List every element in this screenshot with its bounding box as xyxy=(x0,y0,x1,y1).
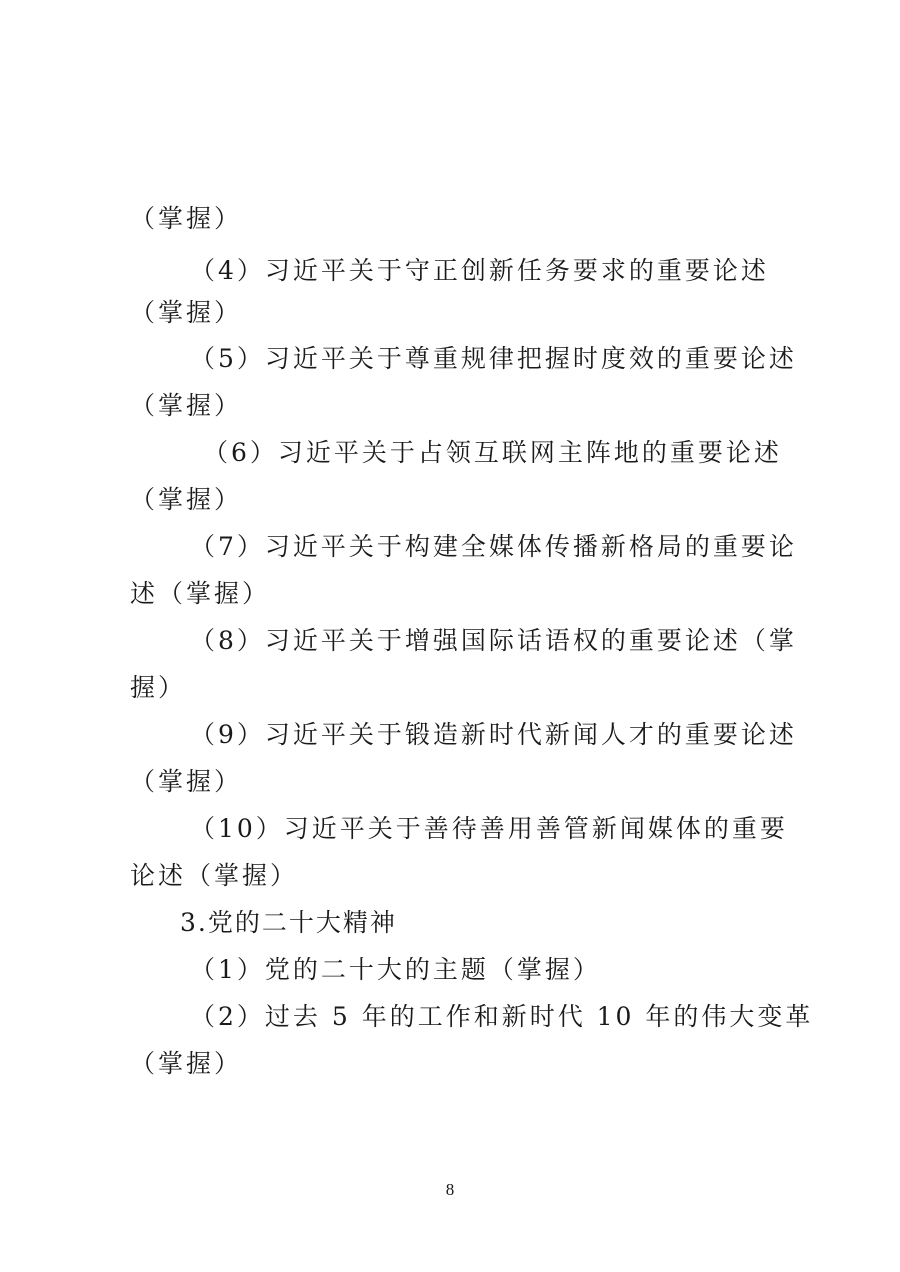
list-item-4: （4）习近平关于守正创新任务要求的重要论述 xyxy=(190,254,769,288)
text-line: （掌握） xyxy=(130,202,242,236)
list-item-6: （6）习近平关于占领互联网主阵地的重要论述 xyxy=(203,436,782,470)
list-item-8: （8）习近平关于增强国际话语权的重要论述（掌 xyxy=(190,624,797,658)
text-line: （掌握） xyxy=(130,1047,242,1081)
text-line: 握） xyxy=(130,671,186,705)
text-line: 述（掌握） xyxy=(130,577,270,611)
list-item-5: （5）习近平关于尊重规律把握时度效的重要论述 xyxy=(190,342,797,376)
text-line: 论述（掌握） xyxy=(130,859,298,893)
text-line: （掌握） xyxy=(130,765,242,799)
list-item-1: （1）党的二十大的主题（掌握） xyxy=(190,953,601,987)
section-heading: 3.党的二十大精神 xyxy=(180,906,397,940)
page-number: 8 xyxy=(0,1180,900,1200)
list-item-10: （10）习近平关于善待善用善管新闻媒体的重要 xyxy=(190,812,788,846)
list-item-7: （7）习近平关于构建全媒体传播新格局的重要论 xyxy=(190,530,797,564)
text-line: （掌握） xyxy=(130,389,242,423)
list-item-9: （9）习近平关于锻造新时代新闻人才的重要论述 xyxy=(190,718,797,752)
text-line: （掌握） xyxy=(130,483,242,517)
text-line: （掌握） xyxy=(130,296,242,330)
list-item-2: （2）过去 5 年的工作和新时代 10 年的伟大变革 xyxy=(190,1000,813,1034)
